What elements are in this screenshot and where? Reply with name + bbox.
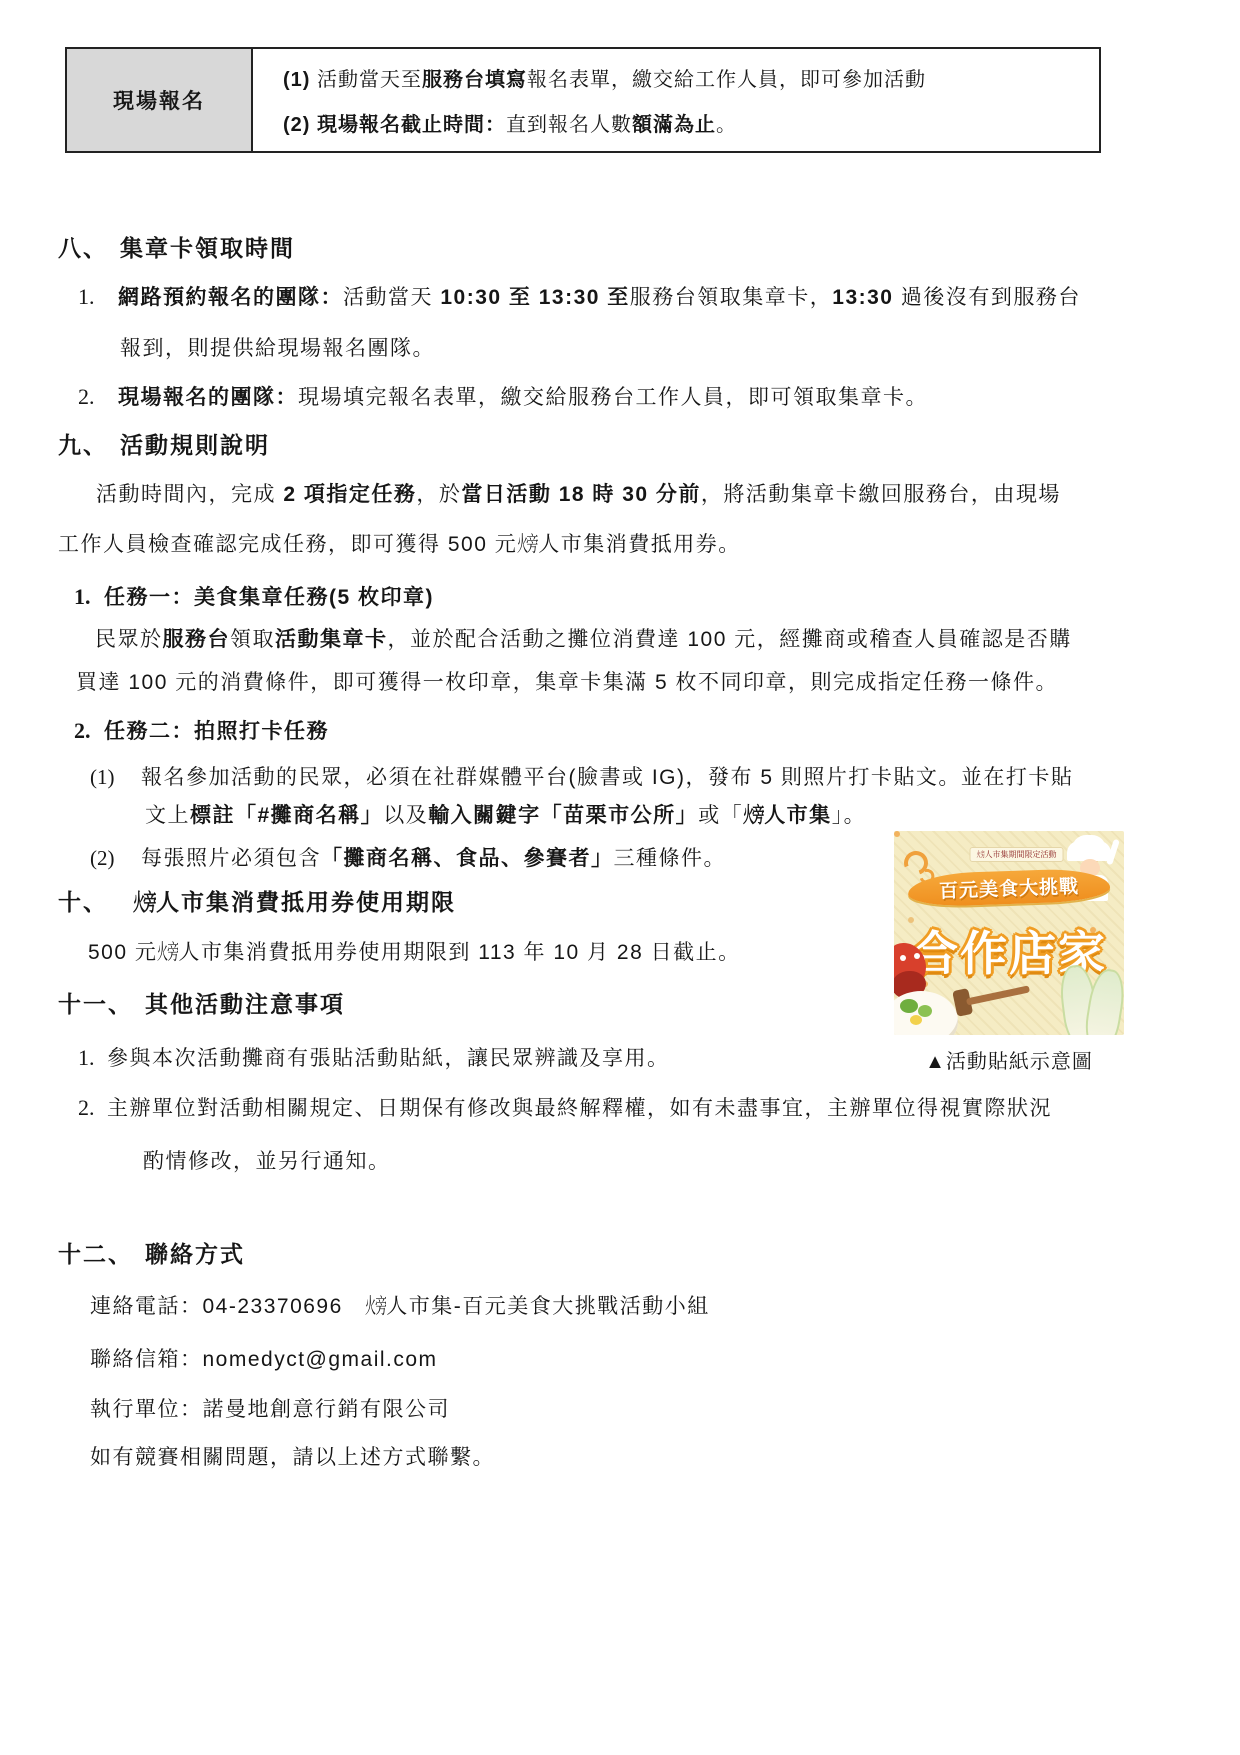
list-item-continuation: 酌情修改，並另行通知。 [143, 1148, 391, 1175]
flower-dots-icon [894, 831, 900, 837]
table-body-cell: (1) 活動當天至服務台填寫報名表單，繳交給工作人員，即可參加活動 (2) 現場… [253, 49, 1099, 151]
cabbage-icon [1052, 965, 1122, 1035]
contact-org-line: 執行單位：諾曼地創意行銷有限公司 [90, 1396, 450, 1423]
cloud-swirl-icon [900, 847, 932, 879]
contact-note-line: 如有競賽相關問題，請以上述方式聯繫。 [90, 1444, 495, 1471]
sub-item-continuation: 文上標註「#攤商名稱」以及輸入關鍵字「苗栗市公所」或「火旁人市集」。 [145, 802, 866, 829]
list-item: 主辦單位對活動相關規定、日期保有修改與最終解釋權，如有未盡事宜，主辦單位得視實際… [107, 1095, 1052, 1122]
paragraph: 活動時間內，完成 2 項指定任務，於當日活動 18 時 30 分前，將活動集章卡… [96, 481, 1061, 508]
section11-number: 十一、 [58, 986, 133, 1019]
onsite-registration-table: 現場報名 (1) 活動當天至服務台填寫報名表單，繳交給工作人員，即可參加活動 (… [65, 47, 1101, 153]
section8-title: 集章卡領取時間 [120, 230, 295, 263]
list-number: 1. [78, 283, 95, 312]
section9-number: 九、 [58, 427, 108, 460]
list-item: 參與本次活動攤商有張貼活動貼紙，讓民眾辨識及享用。 [107, 1045, 670, 1072]
sub-item-marker: (1) [90, 764, 115, 791]
partner-stores-poster: 火旁人市集期間限定活動 百元美食大挑戰 合作店家 [894, 831, 1124, 1035]
table-row: (1) 活動當天至服務台填寫報名表單，繳交給工作人員，即可參加活動 [283, 63, 1091, 92]
task-number: 1. [74, 583, 91, 612]
sub-item-marker: (2) [90, 845, 115, 872]
list-item-continuation: 報到，則提供給現場報名團隊。 [120, 335, 435, 362]
list-item: 網路預約報名的團隊：活動當天 10:30 至 13:30 至服務台領取集章卡，1… [118, 284, 1081, 311]
section11-title: 其他活動注意事項 [145, 986, 345, 1019]
sub-item: 報名參加活動的民眾，必須在社群媒體平台(臉書或 IG)，發布 5 則照片打卡貼文… [141, 764, 1073, 791]
paragraph: 500 元火旁人市集消費抵用券使用期限到 113 年 10 月 28 日截止。 [88, 939, 741, 966]
task1-body: 民眾於服務台領取活動集章卡，並於配合活動之攤位消費達 100 元，經攤商或稽查人… [95, 626, 1072, 653]
table-header-cell: 現場報名 [67, 49, 253, 151]
poster-caption: ▲活動貼紙示意圖 [894, 1045, 1124, 1074]
task-number: 2. [74, 717, 91, 746]
contact-phone-line: 連絡電話：04-23370696 火旁人市集-百元美食大挑戰活動小組 [90, 1293, 710, 1320]
section12-title: 聯絡方式 [145, 1236, 245, 1269]
contact-email-line: 聯絡信箱：nomedyct@gmail.com [90, 1346, 438, 1373]
poster-small-header: 火旁人市集期間限定活動 [970, 847, 1064, 862]
section10-title: 火旁人市集消費抵用券使用期限 [133, 884, 456, 917]
task1-title: 任務一：美食集章任務(5 枚印章) [104, 584, 434, 611]
section8-number: 八、 [58, 230, 108, 263]
paragraph: 工作人員檢查確認完成任務，即可獲得 500 元火旁人市集消費抵用券。 [58, 531, 741, 558]
list-number: 2. [78, 383, 95, 412]
section10-number: 十、 [58, 884, 108, 917]
list-item: 現場報名的團隊：現場填完報名表單，繳交給服務台工作人員，即可領取集章卡。 [118, 384, 928, 411]
list-number: 2. [78, 1094, 95, 1123]
table-row: (2) 現場報名截止時間：直到報名人數額滿為止。 [283, 108, 1091, 137]
section12-number: 十二、 [58, 1236, 133, 1269]
food-bowl-icon [894, 991, 958, 1035]
list-number: 1. [78, 1044, 95, 1073]
task1-body: 買達 100 元的消費條件，即可獲得一枚印章，集章卡集滿 5 枚不同印章，則完成… [76, 669, 1058, 696]
document-page: 現場報名 (1) 活動當天至服務台填寫報名表單，繳交給工作人員，即可參加活動 (… [0, 0, 1240, 1755]
task2-title: 任務二：拍照打卡任務 [104, 718, 329, 745]
sub-item: 每張照片必須包含「攤商名稱、食品、參賽者」三種條件。 [141, 845, 726, 872]
section9-title: 活動規則說明 [120, 427, 270, 460]
